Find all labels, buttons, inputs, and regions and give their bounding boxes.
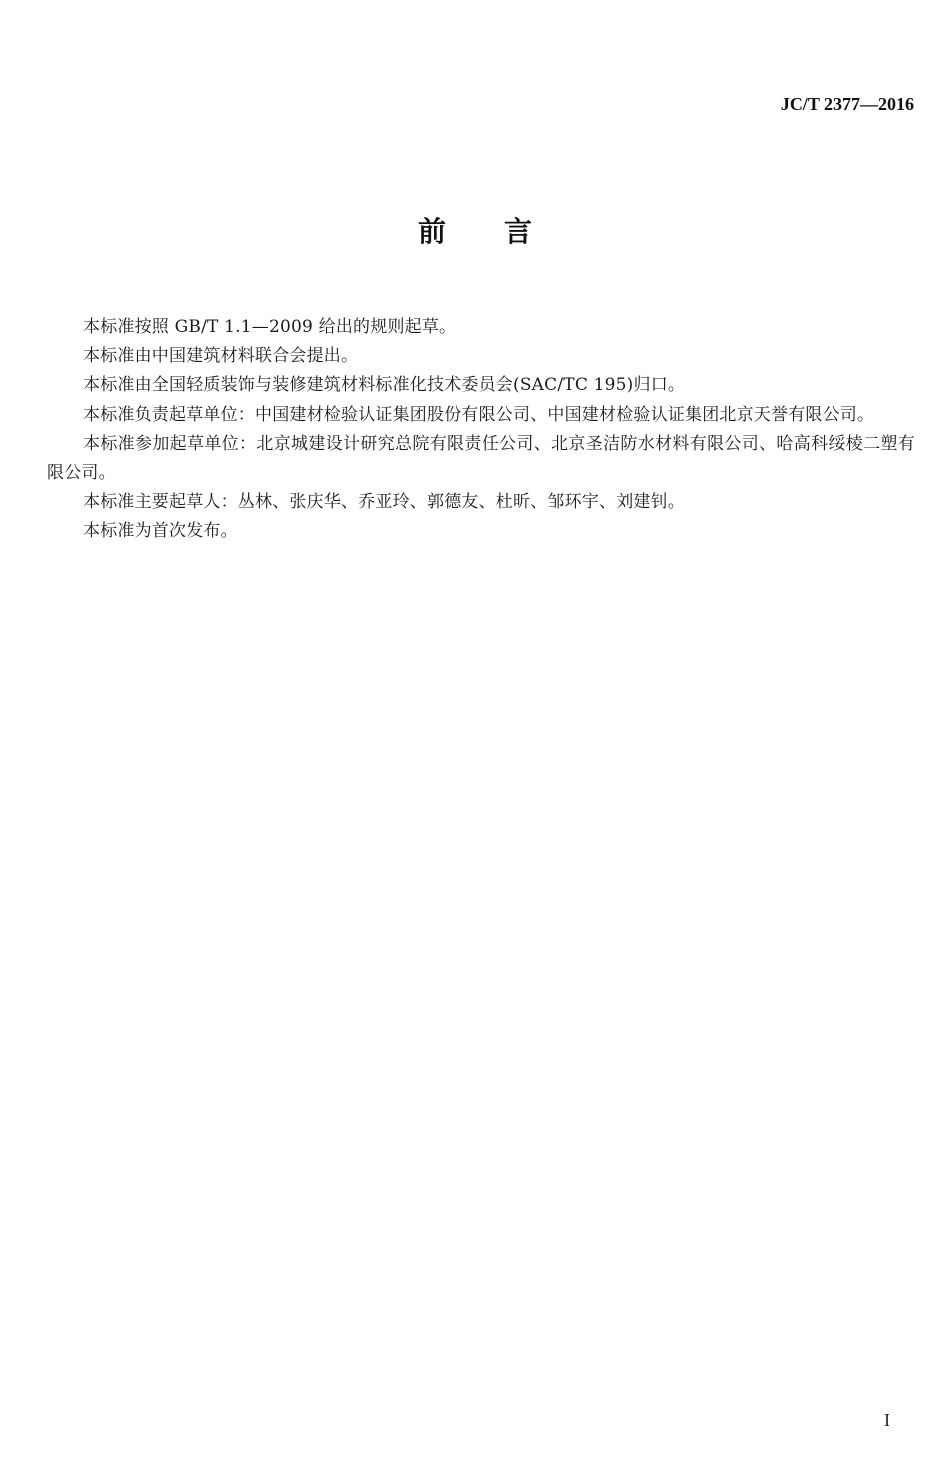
foreword-body: 本标准按照 GB/T 1.1—2009 给出的规则起草。 本标准由中国建筑材料联…: [47, 313, 915, 547]
paragraph-first-release: 本标准为首次发布。: [47, 517, 915, 546]
page-title-char-1: 前: [418, 210, 446, 250]
paragraph-lead-drafters: 本标准负责起草单位：中国建材检验认证集团股份有限公司、中国建材检验认证集团北京天…: [47, 401, 915, 430]
page-title: 前言: [0, 210, 950, 250]
paragraph-drafting-rules: 本标准按照 GB/T 1.1—2009 给出的规则起草。: [47, 313, 915, 342]
page-number: I: [884, 1410, 890, 1431]
paragraph-committee: 本标准由全国轻质装饰与装修建筑材料标准化技术委员会(SAC/TC 195)归口。: [47, 371, 915, 400]
paragraph-proposer: 本标准由中国建筑材料联合会提出。: [47, 342, 915, 371]
page-title-char-2: 言: [504, 210, 532, 250]
paragraph-main-authors: 本标准主要起草人：丛林、张庆华、乔亚玲、郭德友、杜昕、邹环宇、刘建钊。: [47, 488, 915, 517]
paragraph-participating-drafters: 本标准参加起草单位：北京城建设计研究总院有限责任公司、北京圣洁防水材料有限公司、…: [47, 430, 915, 488]
standard-code: JC/T 2377—2016: [781, 94, 914, 115]
